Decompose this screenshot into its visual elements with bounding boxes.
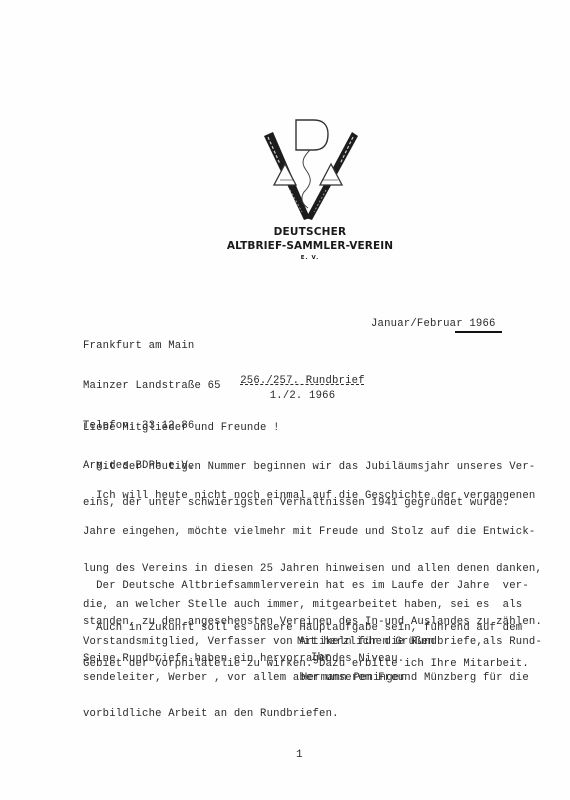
date-year: 1966 bbox=[469, 318, 495, 330]
address-line: Frankfurt am Main bbox=[83, 340, 221, 353]
dasv-logo-icon bbox=[258, 112, 358, 224]
closing-greeting: Mit herzlichen Grüßen bbox=[297, 636, 435, 648]
date-year-text: 1966 bbox=[469, 318, 495, 330]
closing-ihr: Ihr bbox=[311, 652, 331, 664]
date-months: Januar/Februar bbox=[371, 318, 469, 330]
text-line: vorbildliche Arbeit an den Rundbriefen. bbox=[83, 708, 543, 720]
text-line: Ich will heute nicht noch einmal auf die… bbox=[83, 490, 543, 502]
letter-date: Januar/Februar 1966 bbox=[371, 318, 496, 330]
text-line: Der Deutsche Altbriefsammlerverein hat e… bbox=[83, 580, 543, 592]
org-name-line1: DEUTSCHER bbox=[200, 226, 420, 238]
page-number: 1 bbox=[296, 749, 303, 761]
org-name-line2: ALTBRIEF-SAMMLER-VEREIN bbox=[200, 240, 420, 252]
signature-name: Hermann Peninger bbox=[301, 672, 406, 684]
text-line: Jahre eingehen, möchte vielmehr mit Freu… bbox=[83, 526, 543, 538]
letter-page: DEUTSCHER ALTBRIEF-SAMMLER-VEREIN E. V. … bbox=[0, 0, 570, 800]
salutation: Liebe Mitglieder und Freunde ! bbox=[83, 422, 280, 434]
newsletter-title: 256./257. Rundbrief bbox=[200, 375, 405, 387]
year-underline bbox=[455, 331, 501, 333]
text-line: Auch in Zukunft soll es unsere Hauptaufg… bbox=[83, 622, 543, 634]
newsletter-issue: 1./2. 1966 bbox=[200, 390, 405, 402]
org-suffix: E. V. bbox=[200, 255, 420, 261]
